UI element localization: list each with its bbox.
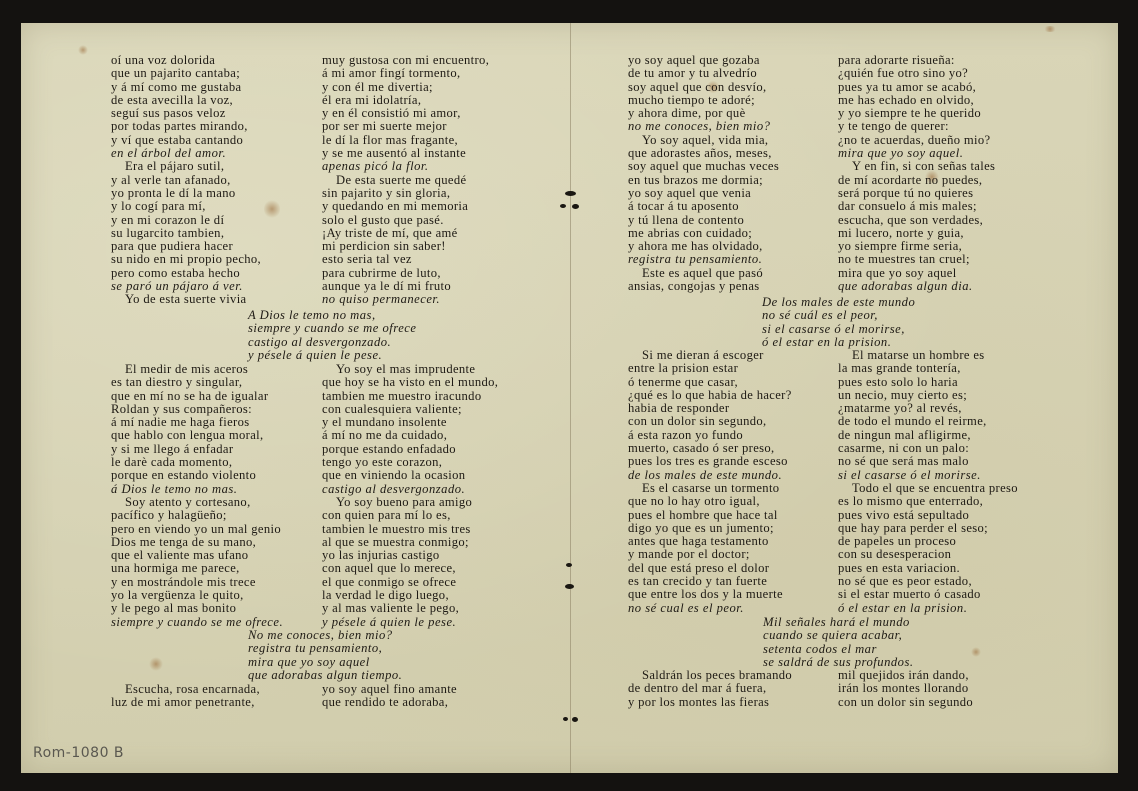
verse-line: con su desesperacion — [838, 548, 1018, 561]
verse-line: pues vivo está sepultado — [838, 509, 1018, 522]
verse-line: y ahora me has olvidado, — [628, 240, 779, 253]
foxing-stain — [78, 45, 88, 55]
verse-line: su nido en mi propio pecho, — [111, 253, 261, 266]
verse-line: y por los montes las fieras — [628, 696, 792, 709]
verse-line: castigo al desvergonzado. — [248, 336, 416, 349]
left-col2-top: muy gustosa con mi encuentro,á mi amor f… — [322, 54, 489, 307]
verse-line: Saldrán los peces bramando — [628, 669, 792, 682]
verse-line: que rendido te adoraba, — [322, 696, 457, 709]
verse-line: Este es aquel que pasó — [628, 267, 779, 280]
verse-line: á mi amor fingí tormento, — [322, 67, 489, 80]
verse-line: y pésele á quien le pese. — [322, 616, 498, 629]
verse-line: y en él consistió mi amor, — [322, 107, 489, 120]
verse-line: no me conoces, bien mio? — [628, 120, 779, 133]
verse-line: Yo soy aquel, vida mia, — [628, 134, 779, 147]
verse-line: de tu amor y tu alvedrío — [628, 67, 779, 80]
right-col1-bottom: Saldrán los peces bramandode dentro del … — [628, 669, 792, 709]
verse-line: setenta codos el mar — [763, 643, 914, 656]
verse-line: habia de responder — [628, 402, 792, 415]
verse-line: á tocar á tu aposento — [628, 200, 779, 213]
verse-line: que hablo con lengua moral, — [111, 429, 283, 442]
verse-line: yo las injurias castigo — [322, 549, 498, 562]
wormhole-mark — [566, 563, 572, 567]
verse-line: que en mí no se ha de igualar — [111, 390, 283, 403]
verse-line: porque estando enfadado — [322, 443, 498, 456]
verse-line: y al verle tan afanado, — [111, 174, 261, 187]
left-col1-bottom: Escucha, rosa encarnada,luz de mi amor p… — [111, 683, 260, 710]
verse-line: con cualesquiera valiente; — [322, 403, 498, 416]
verse-line: A Dios le temo no mas, — [248, 309, 416, 322]
left-quatrain-2: No me conoces, bien mio?registra tu pens… — [248, 629, 402, 682]
verse-line: es tan crecido y tan fuerte — [628, 575, 792, 588]
verse-line: y le pego al mas bonito — [111, 602, 283, 615]
verse-line: para que pudiera hacer — [111, 240, 261, 253]
verse-line: y lo cogí para mí, — [111, 200, 261, 213]
wormhole-mark — [565, 191, 576, 196]
verse-line: mi perdicion sin saber! — [322, 240, 489, 253]
left-col1-top: oí una voz doloridaque un pajarito canta… — [111, 54, 261, 307]
wormhole-mark — [565, 584, 574, 589]
verse-line: pero como estaba hecho — [111, 267, 261, 280]
verse-line: del que está preso el dolor — [628, 562, 792, 575]
verse-line: casarme, ni con un palo: — [838, 442, 1018, 455]
verse-line: es lo mismo que enterrado, — [838, 495, 1018, 508]
verse-line: y con él me divertia; — [322, 81, 489, 94]
verse-line: Era el pájaro sutil, — [111, 160, 261, 173]
verse-line: á mí no me da cuidado, — [322, 429, 498, 442]
verse-line: oí una voz dolorida — [111, 54, 261, 67]
verse-line: castigo al desvergonzado. — [322, 483, 498, 496]
verse-line: y al mas valiente le pego, — [322, 602, 498, 615]
verse-line: El medir de mis aceros — [111, 363, 283, 376]
verse-line: pues el hombre que hace tal — [628, 509, 792, 522]
verse-line: Yo soy bueno para amigo — [322, 496, 498, 509]
verse-line: De los males de este mundo — [762, 296, 915, 309]
verse-line: será porque tú no quieres — [838, 187, 995, 200]
verse-line: ansias, congojas y penas — [628, 280, 779, 293]
verse-line: yo siempre firme seria, — [838, 240, 995, 253]
verse-line: con un dolor sin segundo, — [628, 415, 792, 428]
foxing-stain — [149, 657, 163, 671]
verse-line: y se me ausentó al instante — [322, 147, 489, 160]
verse-line: es tan diestro y singular, — [111, 376, 283, 389]
verse-line: yo soy aquel que venia — [628, 187, 779, 200]
verse-line: ¿no te acuerdas, dueño mio? — [838, 134, 995, 147]
verse-line: al que se muestra conmigo; — [322, 536, 498, 549]
verse-line: mucho tiempo te adoré; — [628, 94, 779, 107]
left-col2-mid: Yo soy el mas imprudenteque hoy se ha vi… — [322, 363, 498, 629]
verse-line: que en viniendo la ocasion — [322, 469, 498, 482]
verse-line: con un dolor sin segundo — [838, 696, 973, 709]
verse-line: mira que yo soy aquel — [838, 267, 995, 280]
verse-line: con aquel que lo merece, — [322, 562, 498, 575]
verse-line: pues en esta variacion. — [838, 562, 1018, 575]
verse-line: y yo siempre te he querido — [838, 107, 995, 120]
verse-line: y en mostrándole mis trece — [111, 576, 283, 589]
verse-line: soy aquel que con desvío, — [628, 81, 779, 94]
verse-line: con quien para mí lo es, — [322, 509, 498, 522]
right-col2-mid: El matarse un hombre esla mas grande ton… — [838, 349, 1018, 615]
verse-line: y ví que estaba cantando — [111, 134, 261, 147]
verse-line: y mande por el doctor; — [628, 548, 792, 561]
verse-line: solo el gusto que pasé. — [322, 214, 489, 227]
verse-line: tambien me muestro iracundo — [322, 390, 498, 403]
verse-line: siempre y cuando se me ofrece. — [111, 616, 283, 629]
verse-line: de esta avecilla la voz, — [111, 94, 261, 107]
foxing-stain — [971, 647, 981, 657]
verse-line: yo la vergüenza le quito, — [111, 589, 283, 602]
verse-line: si el estar muerto ó casado — [838, 588, 1018, 601]
verse-line: ¡Ay triste de mí, que amé — [322, 227, 489, 240]
verse-line: una hormiga me parece, — [111, 562, 283, 575]
right-quatrain-1: De los males de este mundono sé cuál es … — [762, 296, 915, 349]
verse-line: de ningun mal afligirme, — [838, 429, 1018, 442]
verse-line: no sé cuál es el peor, — [762, 309, 915, 322]
verse-line: sin pajarito y sin gloria, — [322, 187, 489, 200]
verse-line: no sé que es peor estado, — [838, 575, 1018, 588]
verse-line: ¿quién fue otro sino yo? — [838, 67, 995, 80]
verse-line: y pésele á quien le pese. — [248, 349, 416, 362]
verse-line: dar consuelo á mis males; — [838, 200, 995, 213]
wormhole-mark — [560, 204, 566, 208]
verse-line: por todas partes mirando, — [111, 120, 261, 133]
left-col1-mid: El medir de mis aceroses tan diestro y s… — [111, 363, 283, 629]
verse-line: Roldan y sus compañeros: — [111, 403, 283, 416]
verse-line: no te muestres tan cruel; — [838, 253, 995, 266]
verse-line: Yo soy el mas imprudente — [322, 363, 498, 376]
verse-line: porque en estando violento — [111, 469, 283, 482]
right-col1-mid: Si me dieran á escogerentre la prision e… — [628, 349, 792, 615]
verse-line: que hay para perder el seso; — [838, 522, 1018, 535]
verse-line: el que conmigo se ofrece — [322, 576, 498, 589]
verse-line: en tus brazos me dormia; — [628, 174, 779, 187]
verse-line: apenas picó la flor. — [322, 160, 489, 173]
verse-line: y á mí como me gustaba — [111, 81, 261, 94]
verse-line: que entre los dos y la muerte — [628, 588, 792, 601]
verse-line: escucha, que son verdades, — [838, 214, 995, 227]
verse-line: Soy atento y cortesano, — [111, 496, 283, 509]
verse-line: pero en viendo yo un mal genio — [111, 523, 283, 536]
verse-line: y ahora dime, por què — [628, 107, 779, 120]
verse-line: y en mi corazon le dí — [111, 214, 261, 227]
verse-line: tambien le muestro mis tres — [322, 523, 498, 536]
verse-line: y te tengo de querer: — [838, 120, 995, 133]
shelfmark-label: Rom-1080 B — [33, 745, 124, 761]
wormhole-mark — [572, 717, 578, 722]
verse-line: aunque ya le dí mi fruto — [322, 280, 489, 293]
foxing-stain — [264, 199, 280, 219]
verse-line: y si me llego á enfadar — [111, 443, 283, 456]
verse-line: de dentro del mar á fuera, — [628, 682, 792, 695]
foxing-stain — [1043, 26, 1057, 32]
verse-line: Escucha, rosa encarnada, — [111, 683, 260, 696]
verse-line: ó tenerme que casar, — [628, 376, 792, 389]
verse-line: en el árbol del amor. — [111, 147, 261, 160]
right-quatrain-2: Mil señales hará el mundocuando se quier… — [763, 616, 914, 669]
verse-line: mira que yo soy aquel — [248, 656, 402, 669]
verse-line: yo pronta le dí la mano — [111, 187, 261, 200]
verse-line: Es el casarse un tormento — [628, 482, 792, 495]
verse-line: su lugarcito tambien, — [111, 227, 261, 240]
verse-line: mi lucero, norte y guia, — [838, 227, 995, 240]
verse-line: la verdad le digo luego, — [322, 589, 498, 602]
verse-line: ó el estar en la prision. — [838, 602, 1018, 615]
verse-line: él era mi idolatría, — [322, 94, 489, 107]
verse-line: no sé cual es el peor. — [628, 602, 792, 615]
verse-line: que el valiente mas ufano — [111, 549, 283, 562]
verse-line: ¿qué es lo que habia de hacer? — [628, 389, 792, 402]
wormhole-mark — [572, 204, 579, 209]
verse-line: la mas grande tontería, — [838, 362, 1018, 375]
verse-line: que un pajarito cantaba; — [111, 67, 261, 80]
verse-line: Y en fin, si con señas tales — [838, 160, 995, 173]
verse-line: pacífico y halagüeño; — [111, 509, 283, 522]
right-col1-top: yo soy aquel que gozabade tu amor y tu a… — [628, 54, 779, 293]
verse-line: antes que haga testamento — [628, 535, 792, 548]
center-fold — [570, 23, 571, 773]
verse-line: me has echado en olvido, — [838, 94, 995, 107]
verse-line: Todo el que se encuentra preso — [838, 482, 1018, 495]
verse-line: de papeles un proceso — [838, 535, 1018, 548]
verse-line: y tú llena de contento — [628, 214, 779, 227]
verse-line: que adorastes años, meses, — [628, 147, 779, 160]
verse-line: entre la prision estar — [628, 362, 792, 375]
verse-line: esto seria tal vez — [322, 253, 489, 266]
verse-line: que hoy se ha visto en el mundo, — [322, 376, 498, 389]
verse-line: digo yo que es un jumento; — [628, 522, 792, 535]
verse-line: un necio, muy cierto es; — [838, 389, 1018, 402]
verse-line: que no lo hay otro igual, — [628, 495, 792, 508]
verse-line: le dí la flor mas fragante, — [322, 134, 489, 147]
verse-line: Mil señales hará el mundo — [763, 616, 914, 629]
verse-line: de los males de este mundo. — [628, 469, 792, 482]
verse-line: ¿matarme yo? al revés, — [838, 402, 1018, 415]
scanned-document: Rom-1080 B oí una voz doloridaque un paj… — [0, 0, 1138, 791]
verse-line: mira que yo soy aquel. — [838, 147, 995, 160]
left-quatrain-1: A Dios le temo no mas,siempre y cuando s… — [248, 309, 416, 362]
verse-line: registra tu pensamiento, — [248, 642, 402, 655]
verse-line: muerto, casado ó ser preso, — [628, 442, 792, 455]
verse-line: muy gustosa con mi encuentro, — [322, 54, 489, 67]
verse-line: Si me dieran á escoger — [628, 349, 792, 362]
verse-line: yo soy aquel que gozaba — [628, 54, 779, 67]
verse-line: yo soy aquel fino amante — [322, 683, 457, 696]
verse-line: si el casarse ó el morirse. — [838, 469, 1018, 482]
verse-line: no quiso permanecer. — [322, 293, 489, 306]
verse-line: El matarse un hombre es — [838, 349, 1018, 362]
right-col2-bottom: mil quejidos irán dando,irán los montes … — [838, 669, 973, 709]
verse-line: pues ya tu amor se acabó, — [838, 81, 995, 94]
verse-line: se paró un pájaro á ver. — [111, 280, 261, 293]
verse-line: Yo de esta suerte vivia — [111, 293, 261, 306]
verse-line: de todo el mundo el reirme, — [838, 415, 1018, 428]
verse-line: que adorabas algun dia. — [838, 280, 995, 293]
left-col2-bottom: yo soy aquel fino amanteque rendido te a… — [322, 683, 457, 710]
verse-line: á Dios le temo no mas. — [111, 483, 283, 496]
verse-line: registra tu pensamiento. — [628, 253, 779, 266]
verse-line: tengo yo este corazon, — [322, 456, 498, 469]
verse-line: irán los montes llorando — [838, 682, 973, 695]
verse-line: pues esto solo lo haria — [838, 376, 1018, 389]
verse-line: mil quejidos irán dando, — [838, 669, 973, 682]
verse-line: me abrias con cuidado; — [628, 227, 779, 240]
verse-line: y el mundano insolente — [322, 416, 498, 429]
verse-line: si el casarse ó el morirse, — [762, 323, 915, 336]
wormhole-mark — [563, 717, 568, 721]
verse-line: para adorarte risueña: — [838, 54, 995, 67]
verse-line: Dios me tenga de su mano, — [111, 536, 283, 549]
verse-line: siempre y cuando se me ofrece — [248, 322, 416, 335]
verse-line: por ser mi suerte mejor — [322, 120, 489, 133]
verse-line: soy aquel que muchas veces — [628, 160, 779, 173]
right-col2-top: para adorarte risueña:¿quién fue otro si… — [838, 54, 995, 293]
verse-line: No me conoces, bien mio? — [248, 629, 402, 642]
verse-line: de mí acordarte no puedes, — [838, 174, 995, 187]
verse-line: no sé que será mas malo — [838, 455, 1018, 468]
verse-line: pues los tres es grande esceso — [628, 455, 792, 468]
verse-line: seguí sus pasos veloz — [111, 107, 261, 120]
verse-line: luz de mi amor penetrante, — [111, 696, 260, 709]
verse-line: para cubrirme de luto, — [322, 267, 489, 280]
verse-line: cuando se quiera acabar, — [763, 629, 914, 642]
verse-line: á esta razon yo fundo — [628, 429, 792, 442]
verse-line: que adorabas algun tiempo. — [248, 669, 402, 682]
verse-line: De esta suerte me quedé — [322, 174, 489, 187]
verse-line: á mí nadie me haga fieros — [111, 416, 283, 429]
verse-line: le darè cada momento, — [111, 456, 283, 469]
verse-line: y quedando en mi memoria — [322, 200, 489, 213]
